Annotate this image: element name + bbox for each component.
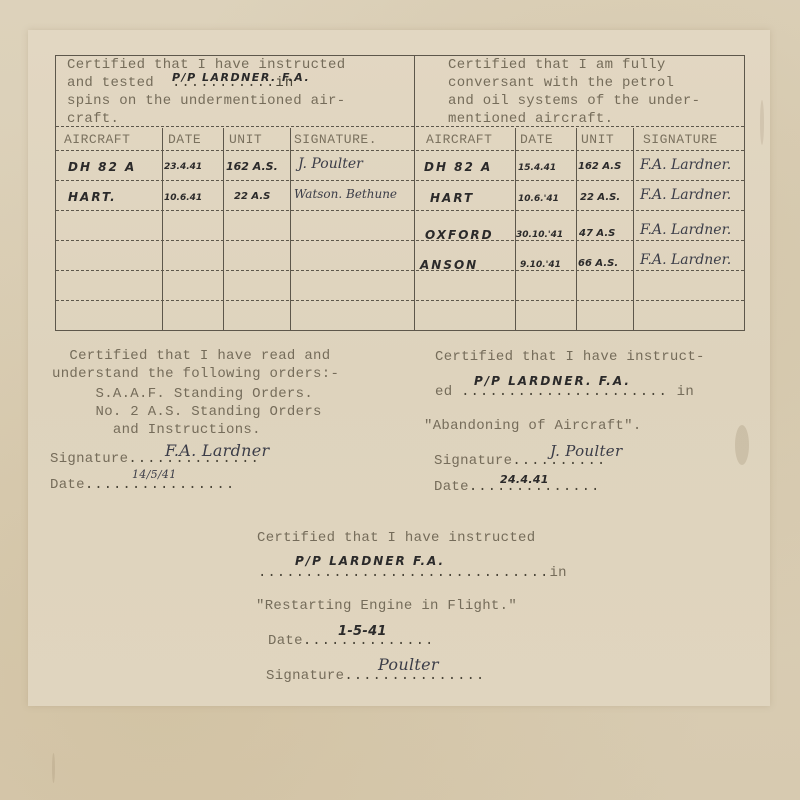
cell-unit: 66 A.S. <box>578 258 618 269</box>
cell-aircraft: OXFORD <box>425 228 494 242</box>
trainee-name-handwritten: P/P LARDNER. F.A. <box>474 372 631 390</box>
cell-aircraft: ANSON <box>420 258 478 272</box>
signature-label: Signature <box>434 453 512 469</box>
text-prefix: ed <box>435 384 452 400</box>
cell-date: 23.4.41 <box>164 162 202 172</box>
row-rule <box>56 150 744 151</box>
trainee-signature: F.A. Lardner <box>165 442 270 460</box>
cell-unit: 162 A.S <box>578 161 621 172</box>
orders-text-line: and Instructions. <box>52 421 261 439</box>
cell-signature: F.A. Lardner. <box>640 222 731 238</box>
cert-text-line: and oil systems of the under- <box>448 92 700 110</box>
cell-signature: F.A. Lardner. <box>640 252 731 268</box>
cert-text-line: Certified that I am fully <box>448 56 666 74</box>
cert-text-line: spins on the undermentioned air- <box>67 92 345 110</box>
cell-signature: J. Poulter <box>298 156 363 172</box>
text-suffix: in <box>677 384 694 400</box>
instructor-signature: J. Poulter <box>550 442 622 460</box>
signature-label: Signature <box>266 668 344 684</box>
signature-line: Signature............... <box>266 667 485 685</box>
ink-stain <box>735 425 749 465</box>
cell-signature: Watson. Bethune <box>294 187 397 201</box>
cell-unit: 47 A.S <box>579 228 615 239</box>
signature-label: Signature <box>50 451 128 467</box>
cell-signature: F.A. Lardner. <box>640 157 731 173</box>
paper-mark <box>760 100 764 145</box>
cert-text-line: and tested <box>67 74 154 92</box>
trainee-name-handwritten: P/P LARDNER F.A. <box>295 552 445 570</box>
header-aircraft: AIRCRAFT <box>426 131 492 149</box>
abandon-text-line: Certified that I have instruct- <box>435 348 705 366</box>
date-value-handwritten: 14/5/41 <box>132 466 177 484</box>
cell-aircraft: DH 82 A <box>424 160 492 174</box>
abandon-text-line: "Abandoning of Aircraft". <box>424 417 642 435</box>
paper-mark <box>52 753 55 783</box>
restart-text-line: "Restarting Engine in Flight." <box>256 597 517 615</box>
header-signature: SIGNATURE. <box>294 131 377 149</box>
cell-signature: F.A. Lardner. <box>640 187 731 203</box>
instructor-signature: Poulter <box>378 656 439 674</box>
date-label: Date <box>50 477 85 493</box>
row-rule <box>56 210 744 211</box>
header-unit: UNIT <box>229 131 262 149</box>
cell-unit: 162 A.S. <box>226 160 278 173</box>
cell-aircraft: HART. <box>68 190 117 204</box>
row-rule <box>56 180 744 181</box>
restart-text-line: Certified that I have instructed <box>257 529 535 547</box>
header-signature: SIGNATURE <box>643 131 718 149</box>
row-rule <box>56 126 744 127</box>
cell-aircraft: DH 82 A <box>68 160 136 174</box>
orders-text-line: understand the following orders:- <box>52 365 339 383</box>
orders-text-line: S.A.A.F. Standing Orders. <box>52 385 313 403</box>
center-divider <box>414 56 415 330</box>
date-label: Date <box>434 479 469 495</box>
orders-text-line: Certified that I have read and <box>52 347 330 365</box>
row-rule <box>56 300 744 301</box>
cert-text-line: craft. <box>67 110 119 128</box>
date-value-handwritten: 24.4.41 <box>500 471 549 489</box>
header-aircraft: AIRCRAFT <box>64 131 130 149</box>
cell-date: 30.10.'41 <box>516 230 563 240</box>
cell-unit: 22 A.S <box>234 191 270 202</box>
row-rule <box>56 240 744 241</box>
trainee-name-handwritten: P/P LARDNER. F.A. <box>172 69 310 87</box>
header-date: DATE <box>520 131 553 149</box>
text-suffix: in <box>549 565 566 581</box>
orders-text-line: No. 2 A.S. Standing Orders <box>52 403 322 421</box>
row-rule <box>56 270 744 271</box>
cell-unit: 22 A.S. <box>580 192 620 203</box>
header-unit: UNIT <box>581 131 614 149</box>
cell-date: 9.10.'41 <box>520 260 561 270</box>
cell-aircraft: HART <box>430 191 474 205</box>
cell-date: 10.6.41 <box>164 193 202 203</box>
date-label: Date <box>268 633 303 649</box>
cell-date: 15.4.41 <box>518 163 556 173</box>
cert-text-line: mentioned aircraft. <box>448 110 613 128</box>
header-date: DATE <box>168 131 201 149</box>
cert-text-line: conversant with the petrol <box>448 74 674 92</box>
date-value-handwritten: 1-5-41 <box>338 623 387 641</box>
cell-date: 10.6.'41 <box>518 194 559 204</box>
